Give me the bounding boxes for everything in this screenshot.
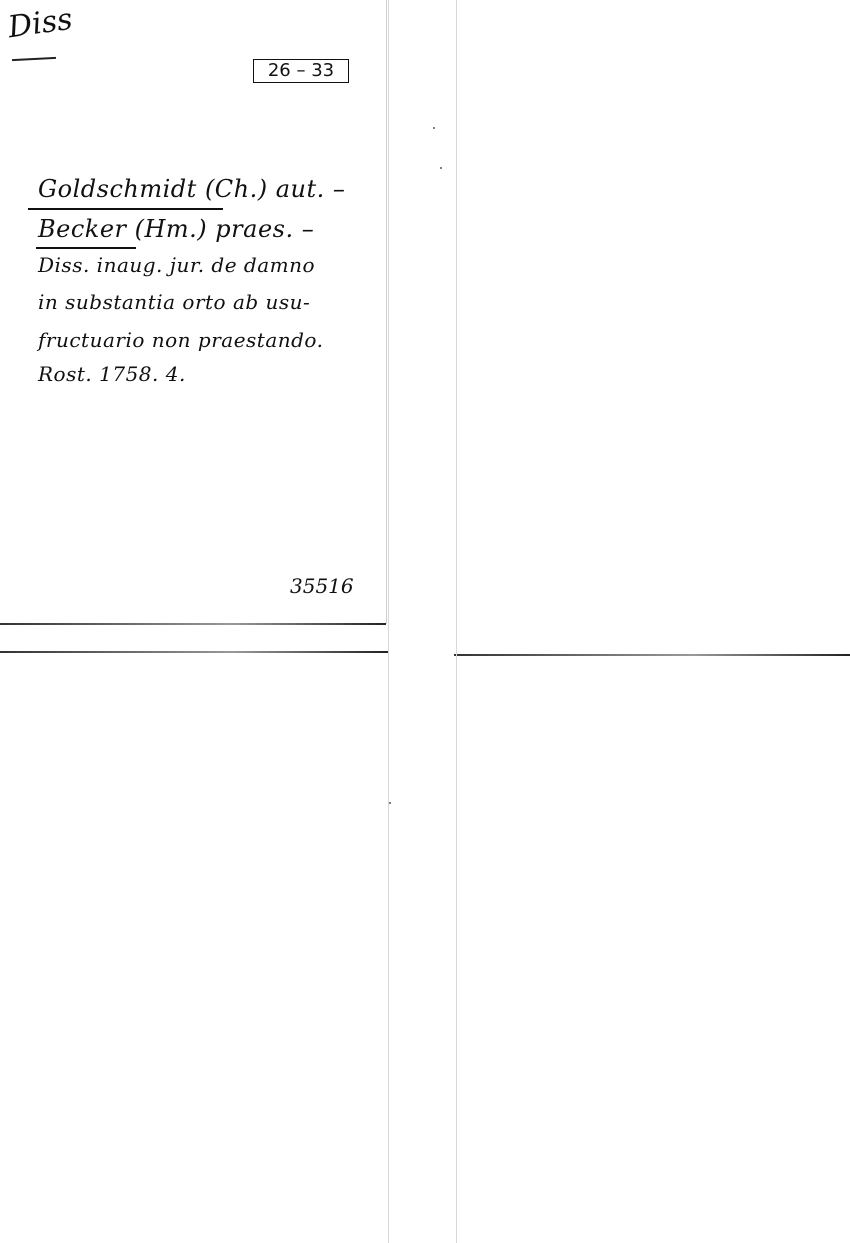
scan-speck xyxy=(389,802,391,804)
right-card-top-edge xyxy=(454,654,850,656)
scan-divider-right xyxy=(456,0,457,1243)
catalog-card: Diss 26 – 33 Goldschmidt (Ch.) aut. – Be… xyxy=(0,0,387,624)
author-underline xyxy=(28,208,223,210)
corner-tag-underline xyxy=(12,57,56,61)
title-line-3: fructuario non praestando. xyxy=(38,328,323,352)
call-number: 26 – 33 xyxy=(253,59,349,83)
lower-card-top-edge xyxy=(0,651,388,653)
praeses-line: Becker (Hm.) praes. – xyxy=(38,215,314,243)
accession-number: 35516 xyxy=(290,574,354,598)
card-bottom-edge xyxy=(0,623,386,625)
scan-speck xyxy=(440,167,442,169)
praeses-underline xyxy=(36,247,136,249)
scan-divider-left xyxy=(388,0,389,1243)
title-line-2: in substantia orto ab usu- xyxy=(38,290,310,314)
imprint-line: Rost. 1758. 4. xyxy=(38,362,186,386)
corner-tag: Diss xyxy=(6,2,75,46)
scan-speck xyxy=(433,127,435,129)
author-line: Goldschmidt (Ch.) aut. – xyxy=(38,175,345,203)
title-line-1: Diss. inaug. jur. de damno xyxy=(38,253,315,277)
